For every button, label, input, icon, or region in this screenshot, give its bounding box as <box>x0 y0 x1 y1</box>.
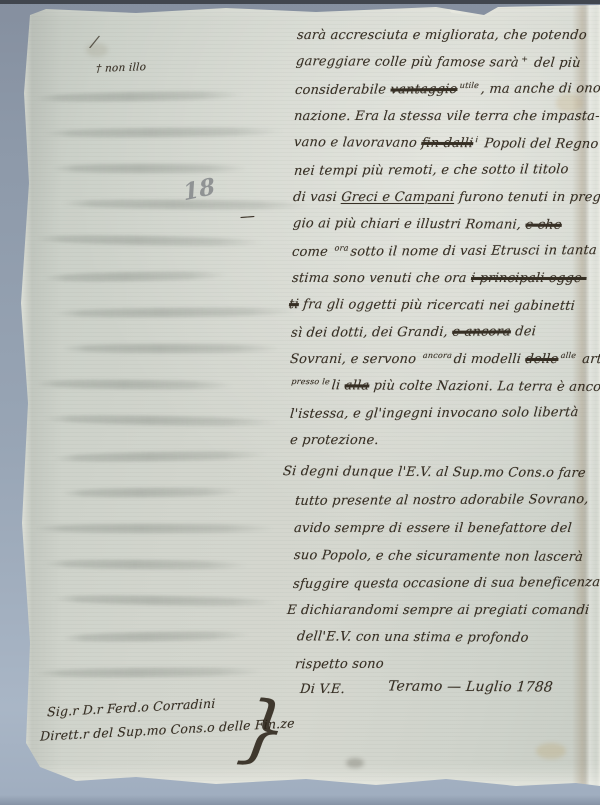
letter-line-13: Sovrani, e servono ancoradi modelli dell… <box>289 352 600 367</box>
photo-top-border <box>0 0 600 4</box>
letter-line-3: considerabile vantaggioutile, ma anche d… <box>294 81 600 98</box>
pencil-folio-number: 18 <box>182 173 217 207</box>
letter-line-21: sfuggire questa occasione di sua benefic… <box>292 575 600 592</box>
letter-line-6: nei tempi più remoti, e che sotto il tit… <box>293 162 569 179</box>
docket-line-1: Sig.r D.r Ferd.o Corradini <box>47 696 216 720</box>
letter-line-15: l'istessa, e gl'ingegni invocano solo li… <box>289 405 579 422</box>
letter-line-17: Si degni dunque l'E.V. al Sup.mo Cons.o … <box>282 464 586 481</box>
letter-line-18: tutto presente al nostro adorabile Sovra… <box>294 492 589 509</box>
letter-line-22: E dichiarandomi sempre ai pregiati coman… <box>286 603 590 618</box>
letter-line-4: nazione. Era la stessa vile terra che im… <box>293 109 600 124</box>
letter-line-16: e protezione. <box>289 433 379 448</box>
docket-brace: } <box>233 685 293 774</box>
letter-line-8: gio ai più chiari e illustri Romani, e c… <box>292 216 562 233</box>
letter-line-19: avido sempre di essere il benefattore de… <box>293 521 572 536</box>
letter-line-24: rispetto sono <box>294 657 384 673</box>
margin-dash: — <box>240 206 255 225</box>
letter-line-7: di vasi Greci e Campani furono tenuti in… <box>292 190 600 205</box>
letter-line-5: vano e lavoravano fin dallii Popoli del … <box>293 135 599 152</box>
letter-text-layer: ∕† non illo18—sarà accresciuta e miglior… <box>0 0 600 805</box>
photo-bottom-shadow <box>0 795 600 805</box>
letter-line-1: sarà accresciuta e migliorata, che poten… <box>296 28 587 43</box>
letter-line-14: presso leli alla più colte Nazioni. La t… <box>288 378 600 395</box>
letter-line-11: ti fra gli oggetti più ricercati nei gab… <box>288 297 575 314</box>
letter-line-20: suo Popolo, e che sicuramente non lascer… <box>293 548 583 565</box>
letter-line-23: dell'E.V. con una stima e profondo <box>296 629 529 645</box>
stray-stroke: ∕ <box>90 32 100 51</box>
letter-line-12: sì dei dotti, dei Grandi, e ancora dei <box>290 324 536 341</box>
letter-line-10: stima sono venuti che ora i principali o… <box>291 271 587 286</box>
letter-line-9: come orasotto il nome di vasi Etrusci in… <box>291 243 597 260</box>
corner-note: † non illo <box>96 61 147 75</box>
letter-line-2: gareggiare colle più famose sarà+ del pi… <box>295 54 581 71</box>
valediction: Di V.E. <box>299 682 345 697</box>
dateline: Teramo — Luglio 1788 <box>387 679 553 696</box>
